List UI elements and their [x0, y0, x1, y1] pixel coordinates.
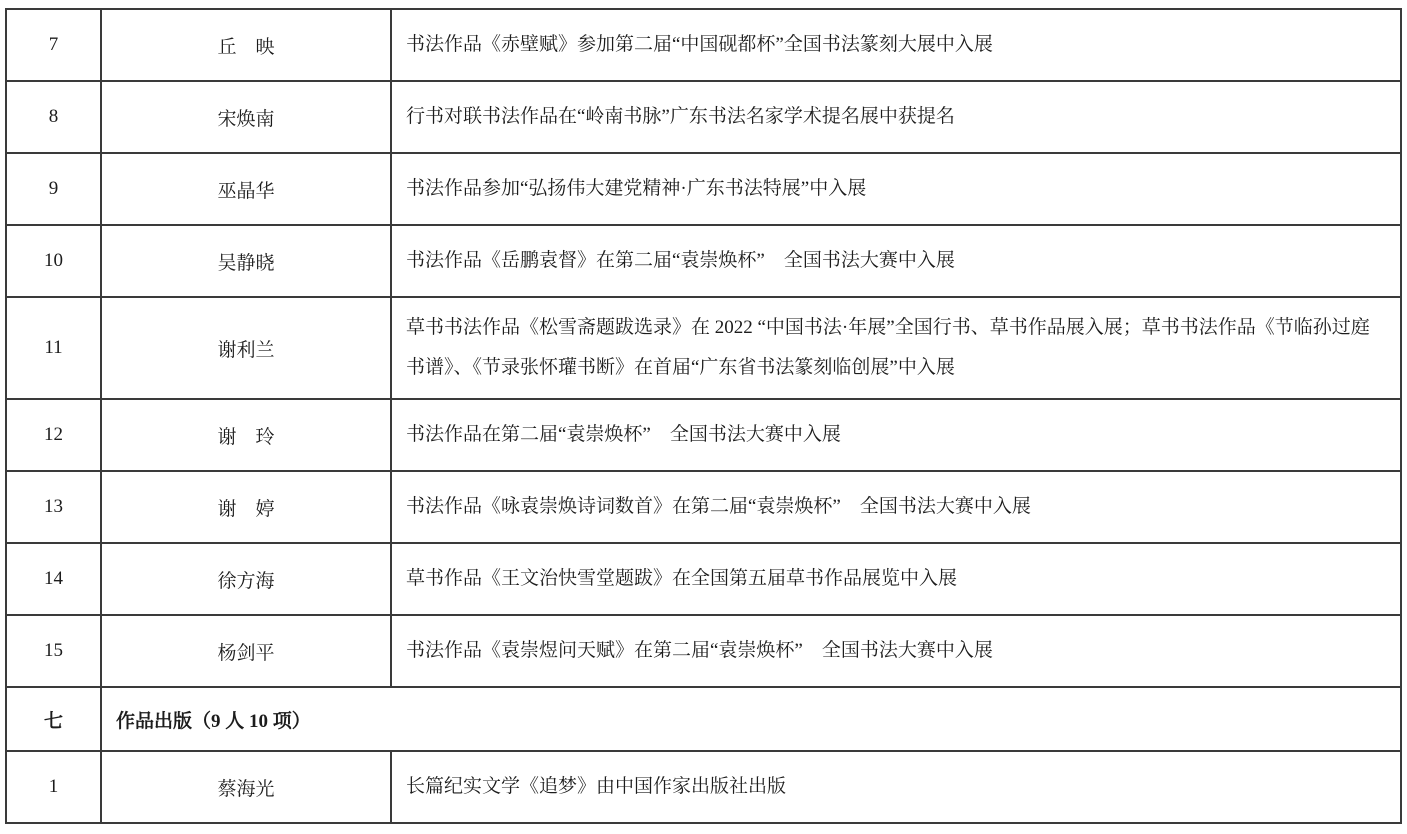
row-number: 7	[6, 9, 101, 81]
row-number: 15	[6, 615, 101, 687]
achievement-description: 书法作品在第二届“袁崇焕杯” 全国书法大赛中入展	[391, 399, 1401, 471]
row-number: 9	[6, 153, 101, 225]
person-name: 谢 婷	[101, 471, 391, 543]
person-name: 巫晶华	[101, 153, 391, 225]
awards-table: 7丘 映书法作品《赤壁赋》参加第二届“中国砚都杯”全国书法篆刻大展中入展8宋焕南…	[5, 8, 1402, 824]
row-number: 12	[6, 399, 101, 471]
person-name: 杨剑平	[101, 615, 391, 687]
achievement-description: 长篇纪实文学《追梦》由中国作家出版社出版	[391, 751, 1401, 823]
achievement-description: 行书对联书法作品在“岭南书脉”广东书法名家学术提名展中获提名	[391, 81, 1401, 153]
table-row: 14徐方海草书作品《王文治快雪堂题跋》在全国第五届草书作品展览中入展	[6, 543, 1401, 615]
person-name: 宋焕南	[101, 81, 391, 153]
achievement-description: 书法作品《袁崇煜问天赋》在第二届“袁崇焕杯” 全国书法大赛中入展	[391, 615, 1401, 687]
table-row: 12谢 玲书法作品在第二届“袁崇焕杯” 全国书法大赛中入展	[6, 399, 1401, 471]
person-name: 谢 玲	[101, 399, 391, 471]
achievement-description: 草书作品《王文治快雪堂题跋》在全国第五届草书作品展览中入展	[391, 543, 1401, 615]
document-page: 7丘 映书法作品《赤壁赋》参加第二届“中国砚都杯”全国书法篆刻大展中入展8宋焕南…	[0, 0, 1407, 834]
row-number: 14	[6, 543, 101, 615]
row-number: 1	[6, 751, 101, 823]
row-number: 七	[6, 687, 101, 751]
person-name: 谢利兰	[101, 297, 391, 399]
table-row: 15杨剑平书法作品《袁崇煜问天赋》在第二届“袁崇焕杯” 全国书法大赛中入展	[6, 615, 1401, 687]
table-row: 8宋焕南行书对联书法作品在“岭南书脉”广东书法名家学术提名展中获提名	[6, 81, 1401, 153]
table-body: 7丘 映书法作品《赤壁赋》参加第二届“中国砚都杯”全国书法篆刻大展中入展8宋焕南…	[6, 9, 1401, 823]
achievement-description: 书法作品《赤壁赋》参加第二届“中国砚都杯”全国书法篆刻大展中入展	[391, 9, 1401, 81]
section-row: 七作品出版（9 人 10 项）	[6, 687, 1401, 751]
row-number: 11	[6, 297, 101, 399]
table-row: 1蔡海光长篇纪实文学《追梦》由中国作家出版社出版	[6, 751, 1401, 823]
row-number: 10	[6, 225, 101, 297]
person-name: 丘 映	[101, 9, 391, 81]
table-row: 13谢 婷书法作品《咏袁崇焕诗词数首》在第二届“袁崇焕杯” 全国书法大赛中入展	[6, 471, 1401, 543]
achievement-description: 书法作品《岳鹏袁督》在第二届“袁崇焕杯” 全国书法大赛中入展	[391, 225, 1401, 297]
table-row: 11谢利兰草书书法作品《松雪斋题跋选录》在 2022 “中国书法·年展”全国行书…	[6, 297, 1401, 399]
achievement-description: 草书书法作品《松雪斋题跋选录》在 2022 “中国书法·年展”全国行书、草书作品…	[391, 297, 1401, 399]
achievement-description: 书法作品《咏袁崇焕诗词数首》在第二届“袁崇焕杯” 全国书法大赛中入展	[391, 471, 1401, 543]
section-title: 作品出版（9 人 10 项）	[101, 687, 1401, 751]
person-name: 徐方海	[101, 543, 391, 615]
achievement-description: 书法作品参加“弘扬伟大建党精神·广东书法特展”中入展	[391, 153, 1401, 225]
row-number: 13	[6, 471, 101, 543]
row-number: 8	[6, 81, 101, 153]
table-row: 9巫晶华书法作品参加“弘扬伟大建党精神·广东书法特展”中入展	[6, 153, 1401, 225]
table-row: 10吴静晓书法作品《岳鹏袁督》在第二届“袁崇焕杯” 全国书法大赛中入展	[6, 225, 1401, 297]
person-name: 蔡海光	[101, 751, 391, 823]
person-name: 吴静晓	[101, 225, 391, 297]
table-row: 7丘 映书法作品《赤壁赋》参加第二届“中国砚都杯”全国书法篆刻大展中入展	[6, 9, 1401, 81]
